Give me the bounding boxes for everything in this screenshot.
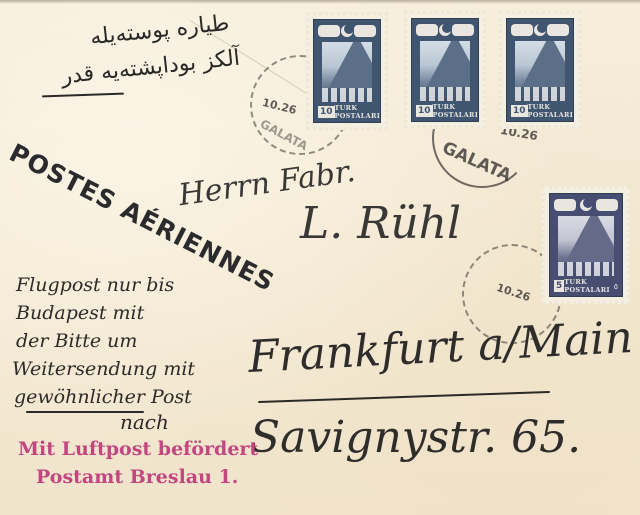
stamp-country-label: TURK POSTALARI: [335, 104, 381, 120]
ottoman-note-line-1: طیاره پوسته‌یله: [90, 11, 231, 50]
crescent-star-icon: [341, 25, 353, 37]
address-name: L. Rühl: [300, 198, 461, 249]
ottoman-script-icon: [511, 24, 533, 36]
envelope-top-edge: [0, 0, 640, 4]
stamp-value: 5: [554, 280, 564, 292]
crescent-star-icon: [439, 24, 451, 36]
ankara-citadel-vignette: [558, 216, 614, 276]
breslau-cachet-line-1: Mit Luftpost befördert: [18, 438, 258, 460]
german-note-line-5: gewöhnlicher Post: [14, 386, 192, 408]
german-note-line-4: Weitersendung mit: [12, 358, 195, 380]
stamp-value: 10: [416, 105, 433, 117]
ottoman-script-icon: [452, 24, 474, 36]
breslau-cachet-line-2: Postamt Breslau 1.: [36, 466, 238, 488]
stamp-10-kurus-2: 10TURK POSTALARI١٠: [404, 11, 486, 129]
stamp-arabic-value: ١٠: [380, 108, 389, 117]
stamp-arabic-value: ١٠: [478, 107, 487, 116]
ankara-citadel-vignette: [420, 41, 470, 101]
stamp-10-kurus-3: 10TURK POSTALARI١٠: [499, 11, 581, 129]
address-city-underline: [258, 391, 550, 403]
ottoman-note-line-2: آلكز بوداپشته‌یه قدر: [60, 46, 241, 90]
stamp-value: 10: [511, 105, 528, 117]
address-street: Savignystr. 65.: [250, 412, 581, 463]
ottoman-script-icon: [554, 199, 576, 211]
stamp-5-kurus: 5TURK POSTALARI٥: [542, 186, 630, 304]
ottoman-script-icon: [354, 25, 376, 37]
german-note-line-6: nach: [120, 410, 169, 434]
ottoman-script-icon: [416, 24, 438, 36]
stamp-arabic-value: ٥: [614, 282, 618, 291]
stamp-country-label: TURK POSTALARI: [528, 103, 574, 119]
stamp-country-label: TURK POSTALARI: [433, 103, 479, 119]
ottoman-script-icon: [596, 199, 618, 211]
german-note-line-2: Budapest mit: [16, 302, 144, 324]
ottoman-script-icon: [318, 25, 340, 37]
stamp-arabic-value: ١٠: [573, 107, 582, 116]
stamp-value: 10: [318, 106, 335, 118]
german-note-line-1: Flugpost nur bis: [16, 274, 174, 296]
stamp-country-label: TURK POSTALARI: [564, 278, 613, 294]
ottoman-underline: [42, 93, 124, 98]
crescent-star-icon: [534, 24, 546, 36]
crescent-star-icon: [580, 199, 592, 211]
ankara-citadel-vignette: [515, 41, 565, 101]
envelope: طیاره پوسته‌یله آلكز بوداپشته‌یه قدر 10.…: [0, 0, 640, 515]
stamp-10-kurus-1: 10TURK POSTALARI١٠: [306, 12, 388, 130]
address-city: Frankfurt a/Main: [247, 312, 634, 383]
ottoman-script-icon: [547, 24, 569, 36]
ankara-citadel-vignette: [322, 42, 372, 102]
german-note-line-3: der Bitte um: [16, 330, 137, 352]
